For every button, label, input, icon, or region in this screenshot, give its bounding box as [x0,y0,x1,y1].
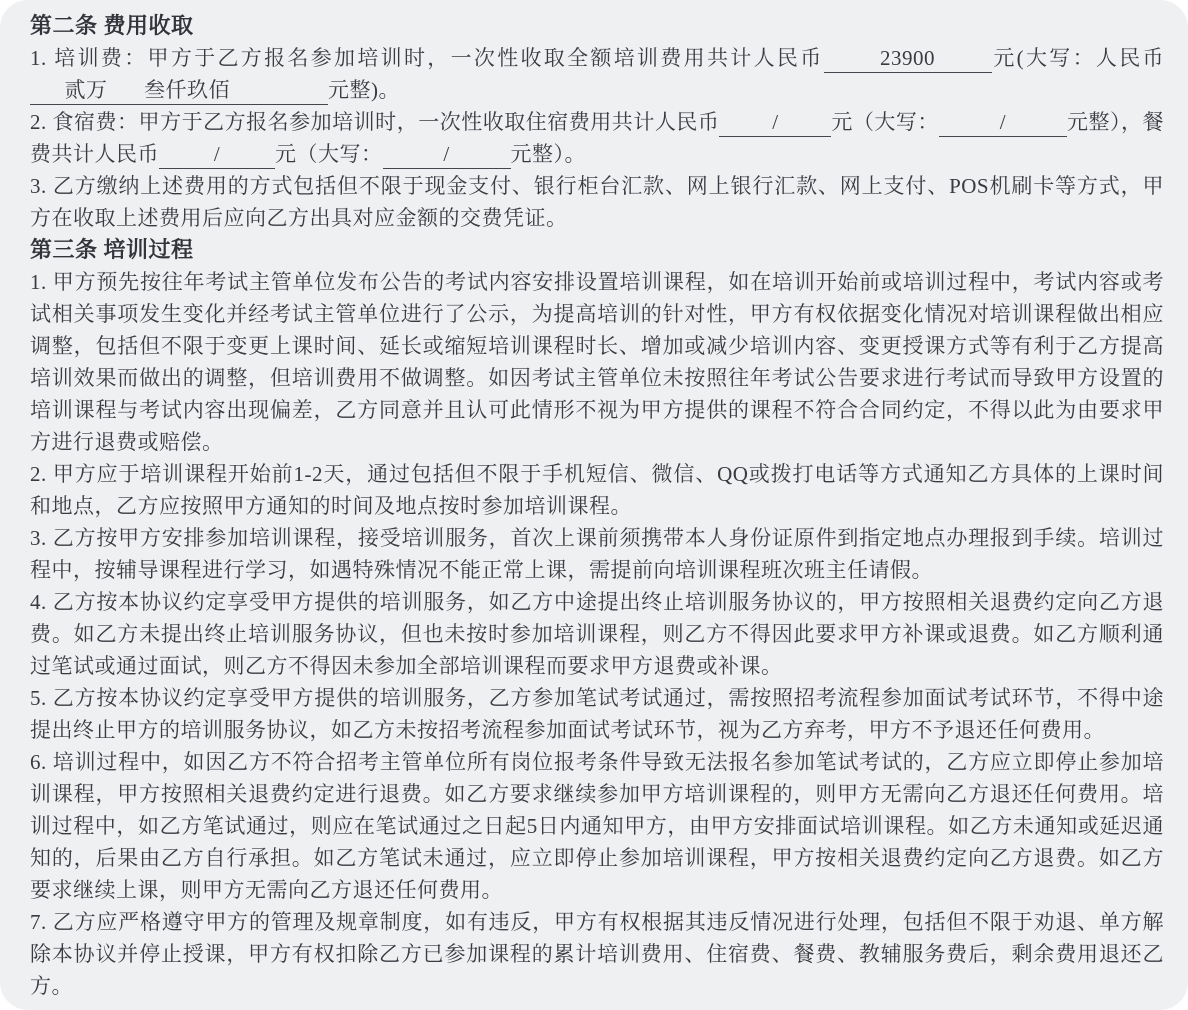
lodging-fee-caps-blank: / [939,109,1067,137]
clause-training-7: 7. 乙方应严格遵守甲方的管理及规章制度，如有违反，甲方有权根据其违反情况进行处… [30,906,1164,1002]
training-fee-caps-blank-1: 贰万 [30,77,142,105]
page: 第二条 费用收取 1. 培训费：甲方于乙方报名参加培训时，一次性收取全额培训费用… [0,0,1188,1010]
contract-document-scan: 第二条 费用收取 1. 培训费：甲方于乙方报名参加培训时，一次性收取全额培训费用… [0,0,1188,1010]
clause-2-1-text-1: 1. 培训费：甲方于乙方报名参加培训时，一次性收取全额培训费用共计人民币 [30,46,824,70]
training-fee-caps-blank-2: 叁仟玖佰 [142,77,328,105]
meal-fee-caps-blank: / [383,141,511,169]
clause-training-2: 2. 甲方应于培训课程开始前1-2天，通过包括但不限于手机短信、微信、QQ或拨打… [30,458,1164,522]
clause-2-2-text-5: 元整）。 [511,142,587,166]
clause-2-2-text-2: 元（大写： [831,110,939,134]
clause-2-1-text-2: 元(大写：人民币 [992,46,1164,70]
clause-training-6: 6. 培训过程中，如因乙方不符合招考主管单位所有岗位报考条件导致无法报名参加笔试… [30,746,1164,906]
clause-2-1-text-3: 元整)。 [328,78,400,102]
clause-fee-training: 1. 培训费：甲方于乙方报名参加培训时，一次性收取全额培训费用共计人民币2390… [30,42,1164,106]
clause-training-1: 1. 甲方预先按往年考试主管单位发布公告的考试内容安排设置培训课程，如在培训开始… [30,266,1164,458]
clause-fee-lodging: 2. 食宿费：甲方于乙方报名参加培训时，一次性收取住宿费用共计人民币/元（大写：… [30,106,1164,170]
clause-2-2-text-1: 2. 食宿费：甲方于乙方报名参加培训时，一次性收取住宿费用共计人民币 [30,110,719,134]
article-3-heading: 第三条 培训过程 [30,234,1164,266]
clause-training-5: 5. 乙方按本协议约定享受甲方提供的培训服务，乙方参加笔试考试通过，需按照招考流… [30,682,1164,746]
clause-training-3: 3. 乙方按甲方安排参加培训课程，接受培训服务，首次上课前须携带本人身份证原件到… [30,522,1164,586]
training-fee-amount-blank: 23900 [824,45,992,73]
lodging-fee-amount-blank: / [719,109,831,137]
clause-2-2-text-4: 元（大写： [275,142,383,166]
clause-fee-payment-methods: 3. 乙方缴纳上述费用的方式包括但不限于现金支付、银行柜台汇款、网上银行汇款、网… [30,170,1164,234]
clause-training-4: 4. 乙方按本协议约定享受甲方提供的培训服务，如乙方中途提出终止培训服务协议的，… [30,586,1164,682]
meal-fee-amount-blank: / [159,141,275,169]
article-2-heading: 第二条 费用收取 [30,10,1164,42]
